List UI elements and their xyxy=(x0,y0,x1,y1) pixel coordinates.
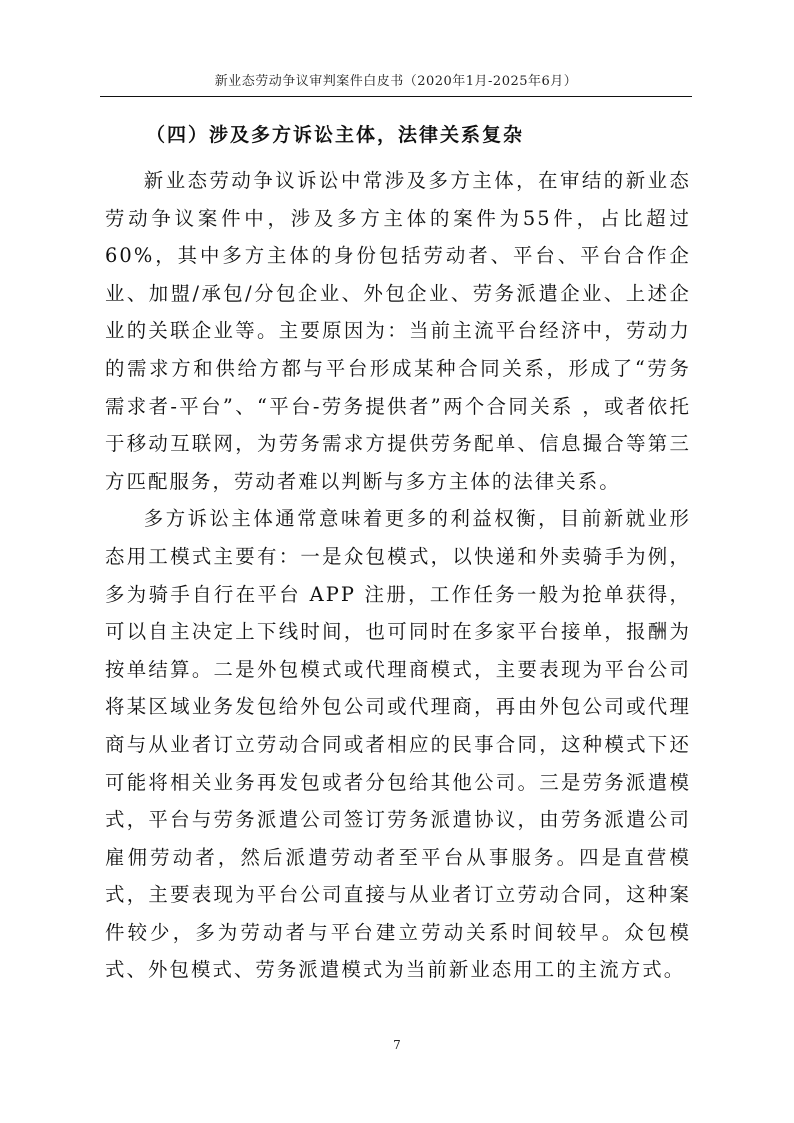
header-divider xyxy=(100,96,692,97)
body-text: 新业态劳动争议诉讼中常涉及多方主体，在审结的新业态劳动争议案件中，涉及多方主体的… xyxy=(105,162,691,989)
section-heading: （四）涉及多方诉讼主体，法律关系复杂 xyxy=(146,120,524,147)
running-header: 新业态劳动争议审判案件白皮书（2020年1月-2025年6月） xyxy=(100,70,692,89)
paragraph-1: 新业态劳动争议诉讼中常涉及多方主体，在审结的新业态劳动争议案件中，涉及多方主体的… xyxy=(105,162,691,500)
page-number: 7 xyxy=(0,1038,794,1052)
paragraph-2: 多方诉讼主体通常意味着更多的利益权衡，目前新就业形态用工模式主要有：一是众包模式… xyxy=(105,500,691,989)
